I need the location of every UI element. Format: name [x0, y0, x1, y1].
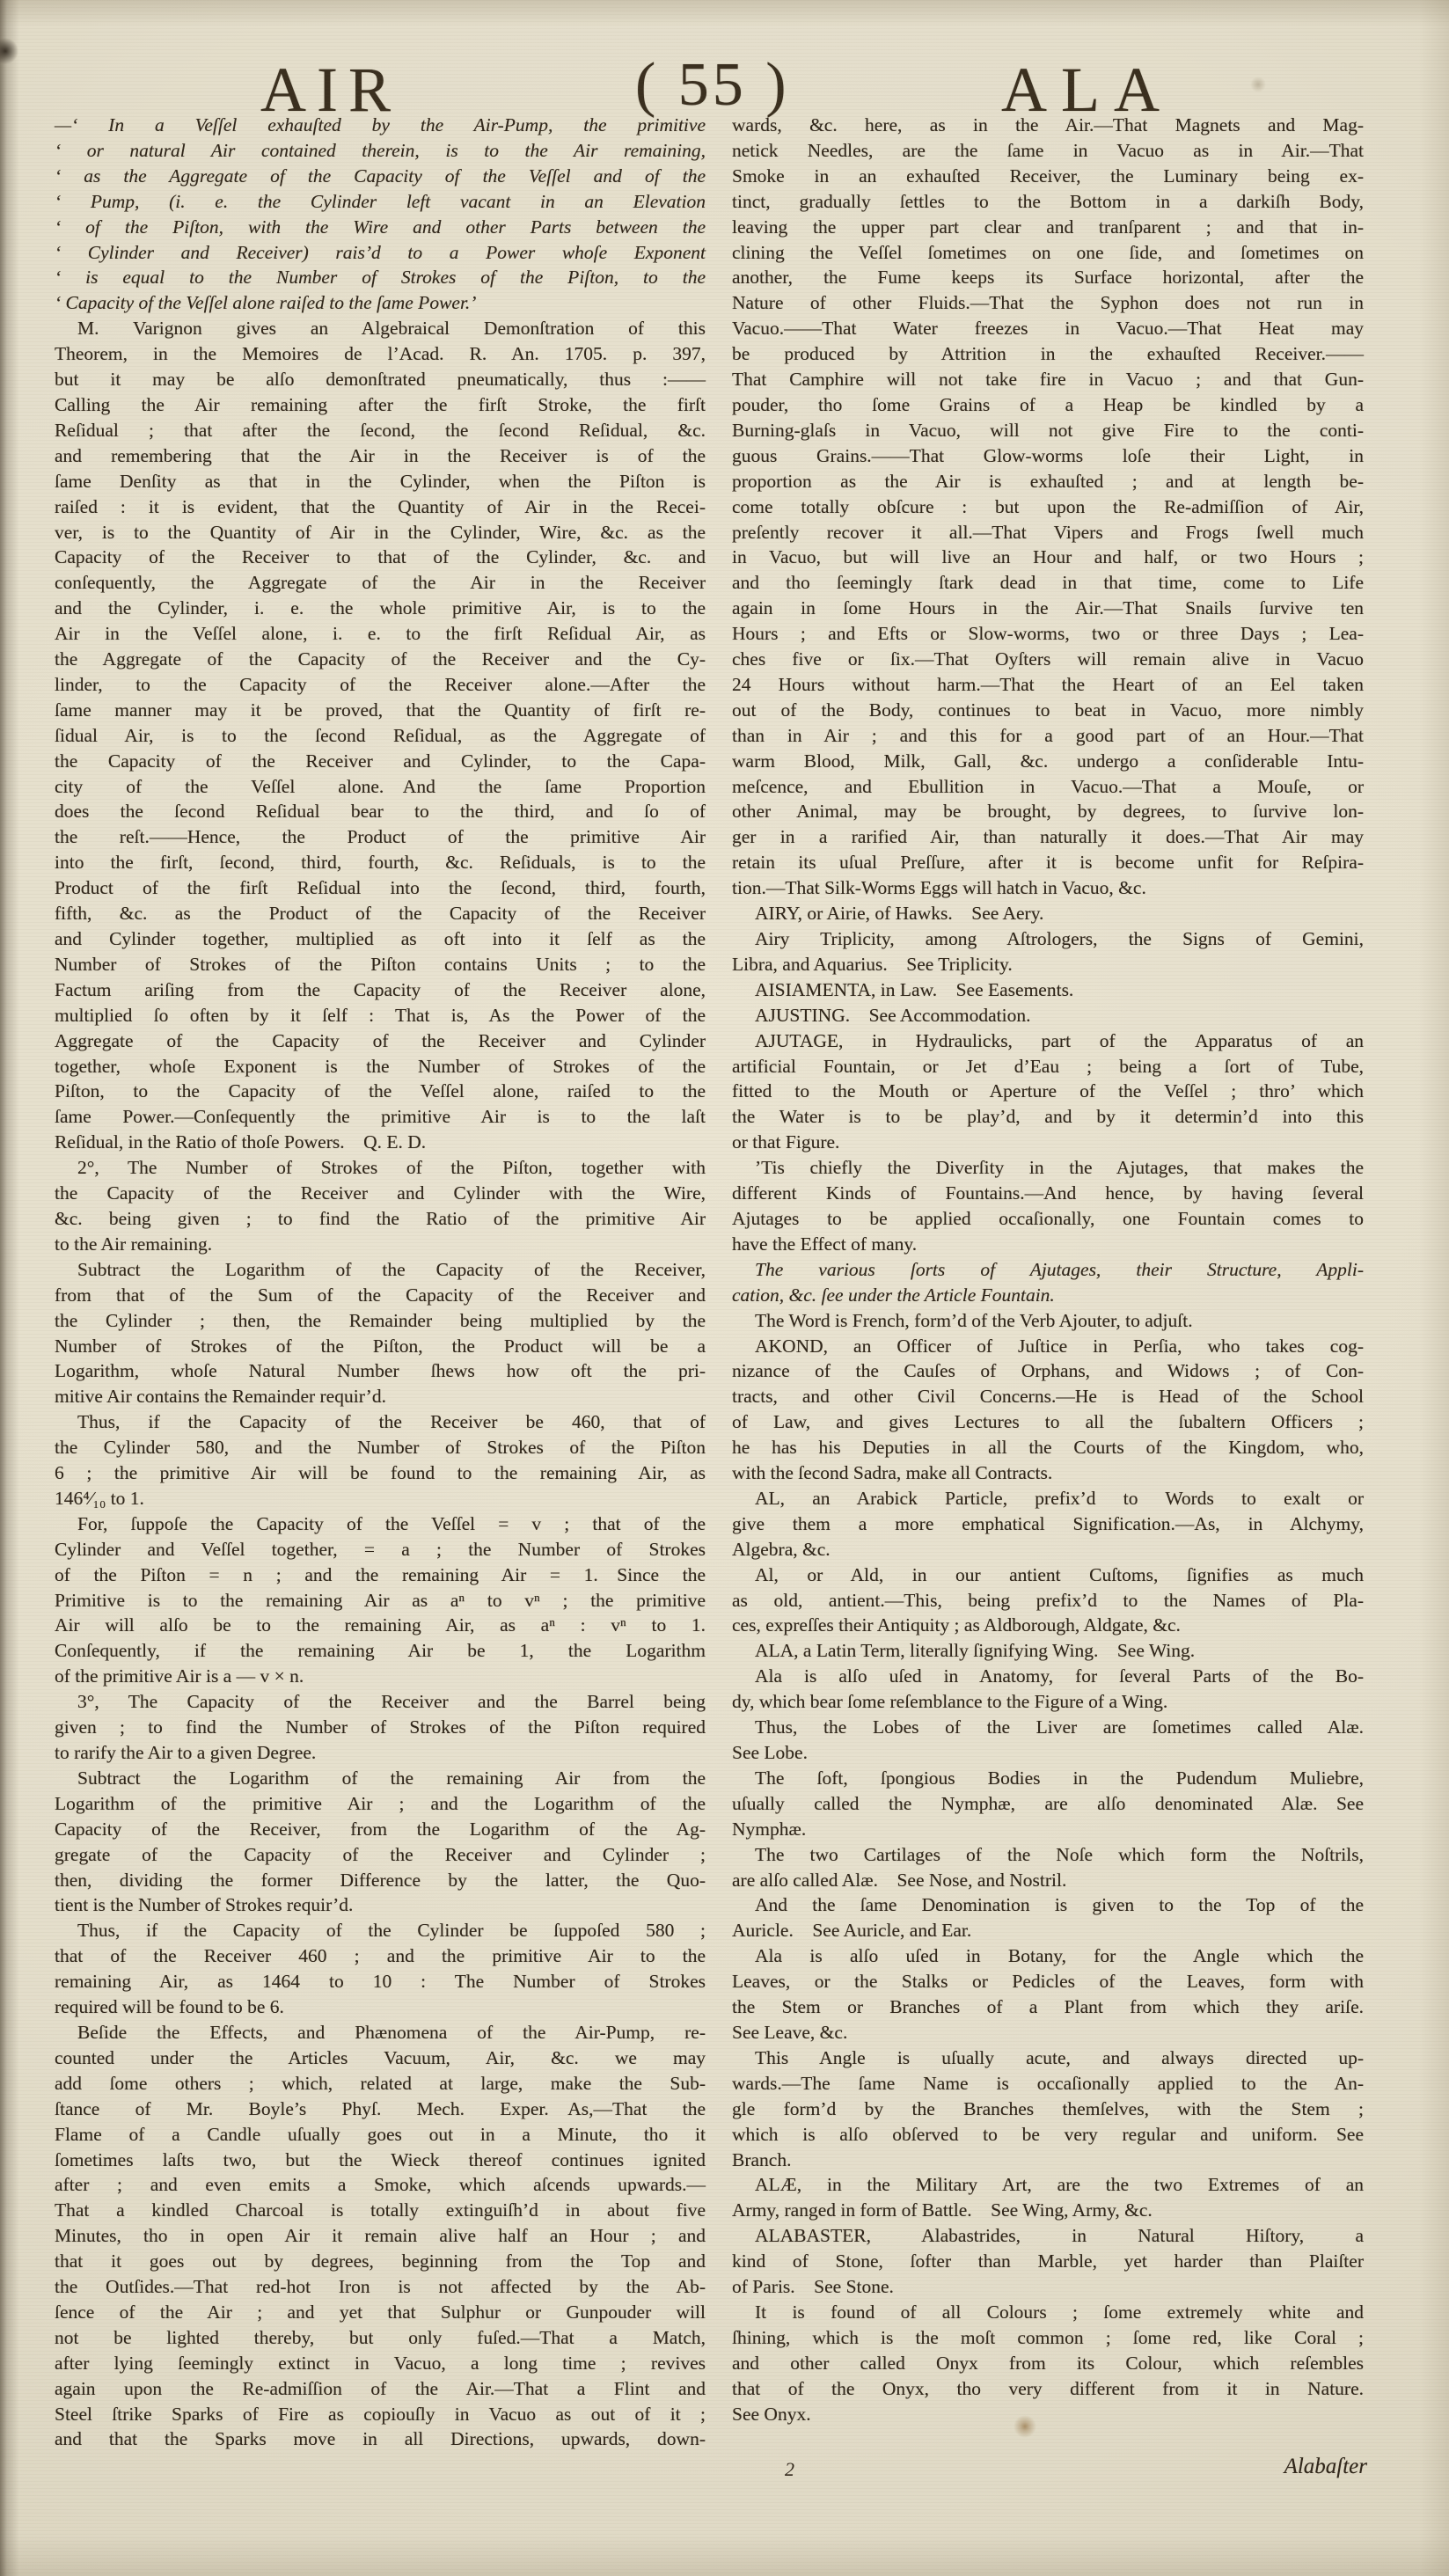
text-line: Primitive is to the remaining Air as aⁿ … [55, 1588, 706, 1614]
text-line: meſcence, and Ebullition in Vacuo.—That … [732, 774, 1364, 800]
text-line: uſually called the Nymphæ, are alſo deno… [732, 1791, 1364, 1817]
text-line: than in Air ; and this for a good part o… [732, 723, 1364, 749]
text-line: ‘ or natural Air contained therein, is t… [55, 138, 706, 164]
text-line: ſidual Air, is to the ſecond Reſidual, a… [55, 723, 706, 749]
text-line: raiſed : it is evident, that the Quantit… [55, 494, 706, 520]
text-line: be produced by Attrition in the exhauſte… [732, 341, 1364, 367]
text-line: ALA, a Latin Term, literally ſignifying … [732, 1638, 1364, 1664]
text-line: Auricle. See Auricle, and Ear. [732, 1918, 1364, 1943]
text-line: to rarify the Air to a given Degree. [55, 1740, 706, 1766]
text-line: Ajutages to be applied occaſionally, one… [732, 1206, 1364, 1232]
text-line: The various ſorts of Ajutages, their Str… [732, 1257, 1364, 1283]
text-line: then, dividing the former Difference by … [55, 1868, 706, 1893]
text-line: again upon the Re-admiſſion of the Air.—… [55, 2376, 706, 2402]
text-line: the Aggregate of the Capacity of the Rec… [55, 647, 706, 672]
text-line: the Water is to be play’d, and by it det… [732, 1104, 1364, 1130]
signature-mark: 2 [785, 2458, 794, 2481]
text-line: ‘ is equal to the Number of Strokes of t… [55, 265, 706, 290]
text-line: give them a more emphatical Significatio… [732, 1511, 1364, 1537]
text-line: ‘ Capacity of the Veſſel alone raiſed to… [55, 290, 706, 316]
text-line: Nature of other Fluids.—That the Syphon … [732, 290, 1364, 316]
text-line: gregate of the Capacity of the Receiver … [55, 1842, 706, 1868]
text-line: 2°, The Number of Strokes of the Piſton,… [55, 1155, 706, 1181]
text-line: Aggregate of the Capacity of the Receive… [55, 1028, 706, 1054]
text-line: ces, expreſſes their Antiquity ; as Aldb… [732, 1613, 1364, 1638]
text-line: that of the Onyx, tho very different fro… [732, 2376, 1364, 2402]
text-line: counted under the Articles Vacuum, Air, … [55, 2045, 706, 2071]
text-line: The two Cartilages of the Noſe which for… [732, 1842, 1364, 1868]
column-right: wards, &c. here, as in the Air.—That Mag… [732, 113, 1364, 2426]
text-line: Flame of a Candle uſually goes out in a … [55, 2122, 706, 2148]
text-line: Factum ariſing from the Capacity of the … [55, 977, 706, 1003]
text-line: that it goes out by degrees, beginning f… [55, 2249, 706, 2274]
text-line: Air will alſo be to the remaining Air, a… [55, 1613, 706, 1638]
text-line: warm Blood, Milk, Gall, &c. undergo a co… [732, 749, 1364, 774]
text-line: 24 Hours without harm.—That the Heart of… [732, 672, 1364, 698]
text-line: fifth, &c. as the Product of the Capacit… [55, 901, 706, 926]
text-line: of the Piſton = n ; and the remaining Ai… [55, 1562, 706, 1588]
text-line: ches five or ſix.—That Oyſters will rema… [732, 647, 1364, 672]
text-line: linder, to the Capacity of the Receiver … [55, 672, 706, 698]
text-line: M. Varignon gives an Algebraical Demonſt… [55, 316, 706, 341]
text-line: together, whoſe Exponent is the Number o… [55, 1054, 706, 1079]
text-line: Branch. [732, 2148, 1364, 2173]
text-line: 3°, The Capacity of the Receiver and the… [55, 1689, 706, 1715]
text-line: ſometimes laſts two, but the Wieck there… [55, 2148, 706, 2173]
text-line: &c. being given ; to find the Ratio of t… [55, 1206, 706, 1232]
text-line: The Word is French, form’d of the Verb A… [732, 1308, 1364, 1334]
text-line: Army, ranged in form of Battle. See Wing… [732, 2198, 1364, 2223]
text-line: required will be found to be 6. [55, 1994, 706, 2020]
text-line: pouder, tho ſome Grains of a Heap be kin… [732, 392, 1364, 418]
text-line: Calling the Air remaining after the firſ… [55, 392, 706, 418]
text-line: the Capacity of the Receiver and Cylinde… [55, 1181, 706, 1206]
text-line: It is found of all Colours ; ſome extrem… [732, 2300, 1364, 2325]
text-line: city of the Veſſel alone. And the ſame P… [55, 774, 706, 800]
text-line: ſame Denſity as that in the Cylinder, wh… [55, 469, 706, 494]
text-line: 146⁴⁄₁₀ to 1. [55, 1486, 706, 1511]
column-left: —‘ In a Veſſel exhauſted by the Air-Pump… [55, 113, 706, 2452]
text-line: Theorem, in the Memoires de l’Acad. R. A… [55, 341, 706, 367]
text-line: —‘ In a Veſſel exhauſted by the Air-Pump… [55, 113, 706, 138]
text-line: another, the Fume keeps its Surface hori… [732, 265, 1364, 290]
text-line: Logarithm of the primitive Air ; and the… [55, 1791, 706, 1817]
text-line: ALÆ, in the Military Art, are the two Ex… [732, 2172, 1364, 2198]
text-line: AKOND, an Officer of Juſtice in Perſia, … [732, 1334, 1364, 1359]
text-line: Libra, and Aquarius. See Triplicity. [732, 952, 1364, 977]
text-line: proportion as the Air is exhauſted ; and… [732, 469, 1364, 494]
text-line: ſame manner may it be proved, that the Q… [55, 698, 706, 723]
text-line: Thus, the Lobes of the Liver are ſometim… [732, 1715, 1364, 1740]
text-line: of Paris. See Stone. [732, 2274, 1364, 2300]
text-line: ‘ as the Aggregate of the Capacity of th… [55, 164, 706, 189]
text-line: guous Grains.——That Glow-worms loſe thei… [732, 443, 1364, 469]
text-line: wards.—The ſame Name is occaſionally app… [732, 2071, 1364, 2097]
text-line: other Animal, may be brought, by degrees… [732, 799, 1364, 824]
text-line: he has his Deputies in all the Courts of… [732, 1435, 1364, 1460]
text-line: are alſo called Alæ. See Nose, and Nostr… [732, 1868, 1364, 1893]
text-line: mitive Air contains the Remainder requir… [55, 1384, 706, 1409]
text-line: ſence of the Air ; and yet that Sulphur … [55, 2300, 706, 2325]
text-line: dy, which bear ſome reſemblance to the F… [732, 1689, 1364, 1715]
text-line: AISIAMENTA, in Law. See Easements. [732, 977, 1364, 1003]
text-line: Minutes, tho in open Air it remain alive… [55, 2223, 706, 2249]
text-line: Beſide the Effects, and Phænomena of the… [55, 2020, 706, 2045]
text-line: Cylinder and Veſſel together, = a ; the … [55, 1537, 706, 1562]
text-line: into the firſt, ſecond, third, fourth, &… [55, 850, 706, 875]
text-line: leaving the upper part clear and tranſpa… [732, 215, 1364, 240]
text-line: Air in the Veſſel alone, i. e. to the fi… [55, 621, 706, 647]
text-line: that of the Receiver 460 ; and the primi… [55, 1943, 706, 1969]
text-line: clining the Veſſel ſometimes on one ſide… [732, 240, 1364, 266]
text-line: does the ſecond Reſidual bear to the thi… [55, 799, 706, 824]
text-line: kind of Stone, ſofter than Marble, yet h… [732, 2249, 1364, 2274]
text-line: ſtance of Mr. Boyle’s Phyſ. Mech. Exper.… [55, 2097, 706, 2122]
text-line: Capacity of the Receiver, from the Logar… [55, 1817, 706, 1842]
text-line: after lying ſeemingly extinct in Vacuo, … [55, 2351, 706, 2376]
text-line: ſhining, which is the moſt common ; ſome… [732, 2325, 1364, 2351]
text-line: That a kindled Charcoal is totally extin… [55, 2198, 706, 2223]
text-line: remaining Air, as 1464 to 10 : The Numbe… [55, 1969, 706, 1994]
text-line: Algebra, &c. [732, 1537, 1364, 1562]
text-line: nizance of the Cauſes of Orphans, and Wi… [732, 1358, 1364, 1384]
text-line: gle form’d by the Branches themſelves, w… [732, 2097, 1364, 2122]
text-line: the Cylinder ; then, the Remainder being… [55, 1308, 706, 1334]
text-line: multiplied ſo often by it ſelf : That is… [55, 1003, 706, 1028]
text-line: Subtract the Logarithm of the remaining … [55, 1766, 706, 1791]
text-line: not be lighted thereby, but only fuſed.—… [55, 2325, 706, 2351]
text-line: with the ſecond Sadra, make all Contract… [732, 1460, 1364, 1486]
text-line: and Cylinder together, multiplied as oft… [55, 926, 706, 952]
text-line: AIRY, or Airie, of Hawks. See Aery. [732, 901, 1364, 926]
text-line: See Lobe. [732, 1740, 1364, 1766]
text-line: artificial Fountain, or Jet d’Eau ; bein… [732, 1054, 1364, 1079]
text-line: Burning-glaſs in Vacuo, will not give Fi… [732, 418, 1364, 443]
text-line: This Angle is uſually acute, and always … [732, 2045, 1364, 2071]
text-line: the Stem or Branches of a Plant from whi… [732, 1994, 1364, 2020]
text-line: again in ſome Hours in the Air.—That Sna… [732, 596, 1364, 621]
text-line: of the primitive Air is a — v × n. [55, 1664, 706, 1689]
text-line: have the Effect of many. [732, 1232, 1364, 1257]
text-line: the reſt.——Hence, the Product of the pri… [55, 824, 706, 850]
text-line: ſame Power.—Conſequently the primitive A… [55, 1104, 706, 1130]
text-line: ’Tis chiefly the Diverſity in the Ajutag… [732, 1155, 1364, 1181]
text-line: Smoke in an exhauſted Receiver, the Lumi… [732, 164, 1364, 189]
page-number: ( 55 ) [635, 55, 790, 116]
text-line: retain its uſual Preſſure, after it is b… [732, 850, 1364, 875]
text-line: Piſton, to the Capacity of the Veſſel al… [55, 1079, 706, 1104]
text-line: The ſoft, ſpongious Bodies in the Pudend… [732, 1766, 1364, 1791]
text-line: That Camphire will not take fire in Vacu… [732, 367, 1364, 392]
text-line: AL, an Arabick Particle, prefix’d to Wor… [732, 1486, 1364, 1511]
text-line: and other called Onyx from its Colour, w… [732, 2351, 1364, 2376]
text-line: Ala is alſo uſed in Anatomy, for ſeveral… [732, 1664, 1364, 1689]
text-line: Al, or Ald, in our antient Cuſtoms, ſign… [732, 1562, 1364, 1588]
text-line: Reſidual ; that after the ſecond, the ſe… [55, 418, 706, 443]
text-line: ‘ Pump, (i. e. the Cylinder left vacant … [55, 189, 706, 215]
text-line: the Cylinder 580, and the Number of Stro… [55, 1435, 706, 1460]
text-line: out of the Body, continues to beat in Va… [732, 698, 1364, 723]
text-line: the Outſides.—That red-hot Iron is not a… [55, 2274, 706, 2300]
text-line: tient is the Number of Strokes requir’d. [55, 1892, 706, 1918]
text-line: 6 ; the primitive Air will be found to t… [55, 1460, 706, 1486]
text-line: Subtract the Logarithm of the Capacity o… [55, 1257, 706, 1283]
text-line: but it may be alſo demonſtrated pneumati… [55, 367, 706, 392]
text-line: Reſidual, in the Ratio of thoſe Powers. … [55, 1130, 706, 1155]
text-line: and the Cylinder, i. e. the whole primit… [55, 596, 706, 621]
text-line: the Capacity of the Receiver and Cylinde… [55, 749, 706, 774]
text-line: See Onyx. [732, 2402, 1364, 2427]
text-line: ger in a rarified Air, than naturally it… [732, 824, 1364, 850]
text-line: Ala is alſo uſed in Botany, for the Angl… [732, 1943, 1364, 1969]
text-line: tracts, and other Civil Concerns.—He is … [732, 1384, 1364, 1409]
text-line: Steel ſtrike Sparks of Fire as copiouſly… [55, 2402, 706, 2427]
text-line: add ſome others ; which, related at larg… [55, 2071, 706, 2097]
text-line: Number of Strokes of the Piſton, the Pro… [55, 1334, 706, 1359]
text-line: Vacuo.——That Water freezes in Vacuo.—Tha… [732, 316, 1364, 341]
text-line: Thus, if the Capacity of the Cylinder be… [55, 1918, 706, 1943]
text-line: ver, is to the Quantity of Air in the Cy… [55, 520, 706, 545]
text-line: wards, &c. here, as in the Air.—That Mag… [732, 113, 1364, 138]
text-line: For, ſuppoſe the Capacity of the Veſſel … [55, 1511, 706, 1537]
scanned-encyclopedia-page: AIR ( 55 ) ALA —‘ In a Veſſel exhauſted … [0, 0, 1449, 2576]
text-line: given ; to find the Number of Strokes of… [55, 1715, 706, 1740]
text-line: conſequently, the Aggregate of the Air i… [55, 570, 706, 596]
text-line: as old, antient.—This, being prefix’d to… [732, 1588, 1364, 1614]
text-line: and tho ſeemingly ſtark dead in that tim… [732, 570, 1364, 596]
text-line: which is alſo obſerved to be very regula… [732, 2122, 1364, 2148]
text-line: See Leave, &c. [732, 2020, 1364, 2045]
text-line: and remembering that the Air in the Rece… [55, 443, 706, 469]
text-line: preſently recover it all.—That Vipers an… [732, 520, 1364, 545]
text-line: after ; and even emits a Smoke, which aſ… [55, 2172, 706, 2198]
text-line: tion.—That Silk-Worms Eggs will hatch in… [732, 875, 1364, 901]
text-line: Number of Strokes of the Piſton contains… [55, 952, 706, 977]
text-line: cation, &c. ſee under the Article Founta… [732, 1283, 1364, 1308]
text-line: Thus, if the Capacity of the Receiver be… [55, 1409, 706, 1435]
text-line: in Vacuo, but will live an Hour and half… [732, 545, 1364, 570]
text-line: ALABASTER, Alabastrides, in Natural Hiſt… [732, 2223, 1364, 2249]
text-line: Logarithm, whoſe Natural Number ſhews ho… [55, 1358, 706, 1384]
catchword: Alabaſter [1179, 2455, 1367, 2479]
text-line: netick Needles, are the ſame in Vacuo as… [732, 138, 1364, 164]
text-line: of Law, and gives Lectures to all the ſu… [732, 1409, 1364, 1435]
text-line: to the Air remaining. [55, 1232, 706, 1257]
text-line: from that of the Sum of the Capacity of … [55, 1283, 706, 1308]
text-line: Nymphæ. [732, 1817, 1364, 1842]
text-line: AJUTAGE, in Hydraulicks, part of the App… [732, 1028, 1364, 1054]
text-line: Hours ; and Efts or Slow-worms, two or t… [732, 621, 1364, 647]
text-line: Airy Triplicity, among Aſtrologers, the … [732, 926, 1364, 952]
text-line: different Kinds of Fountains.—And hence,… [732, 1181, 1364, 1206]
text-line: tinct, gradually ſettles to the Bottom i… [732, 189, 1364, 215]
text-line: fitted to the Mouth or Aperture of the V… [732, 1079, 1364, 1104]
text-line: Product of the firſt Reſidual into the ſ… [55, 875, 706, 901]
text-line: ‘ Cylinder and Receiver) rais’d to a Pow… [55, 240, 706, 266]
text-line: and that the Sparks move in all Directio… [55, 2426, 706, 2452]
text-line: come totally obſcure : but upon the Re-a… [732, 494, 1364, 520]
text-line: AJUSTING. See Accommodation. [732, 1003, 1364, 1028]
text-line: Capacity of the Receiver to that of the … [55, 545, 706, 570]
text-line: And the ſame Denomination is given to th… [732, 1892, 1364, 1918]
text-line: ‘ of the Piſton, with the Wire and other… [55, 215, 706, 240]
text-line: Conſequently, if the remaining Air be 1,… [55, 1638, 706, 1664]
text-line: Leaves, or the Stalks or Pedicles of the… [732, 1969, 1364, 1994]
text-line: or that Figure. [732, 1130, 1364, 1155]
